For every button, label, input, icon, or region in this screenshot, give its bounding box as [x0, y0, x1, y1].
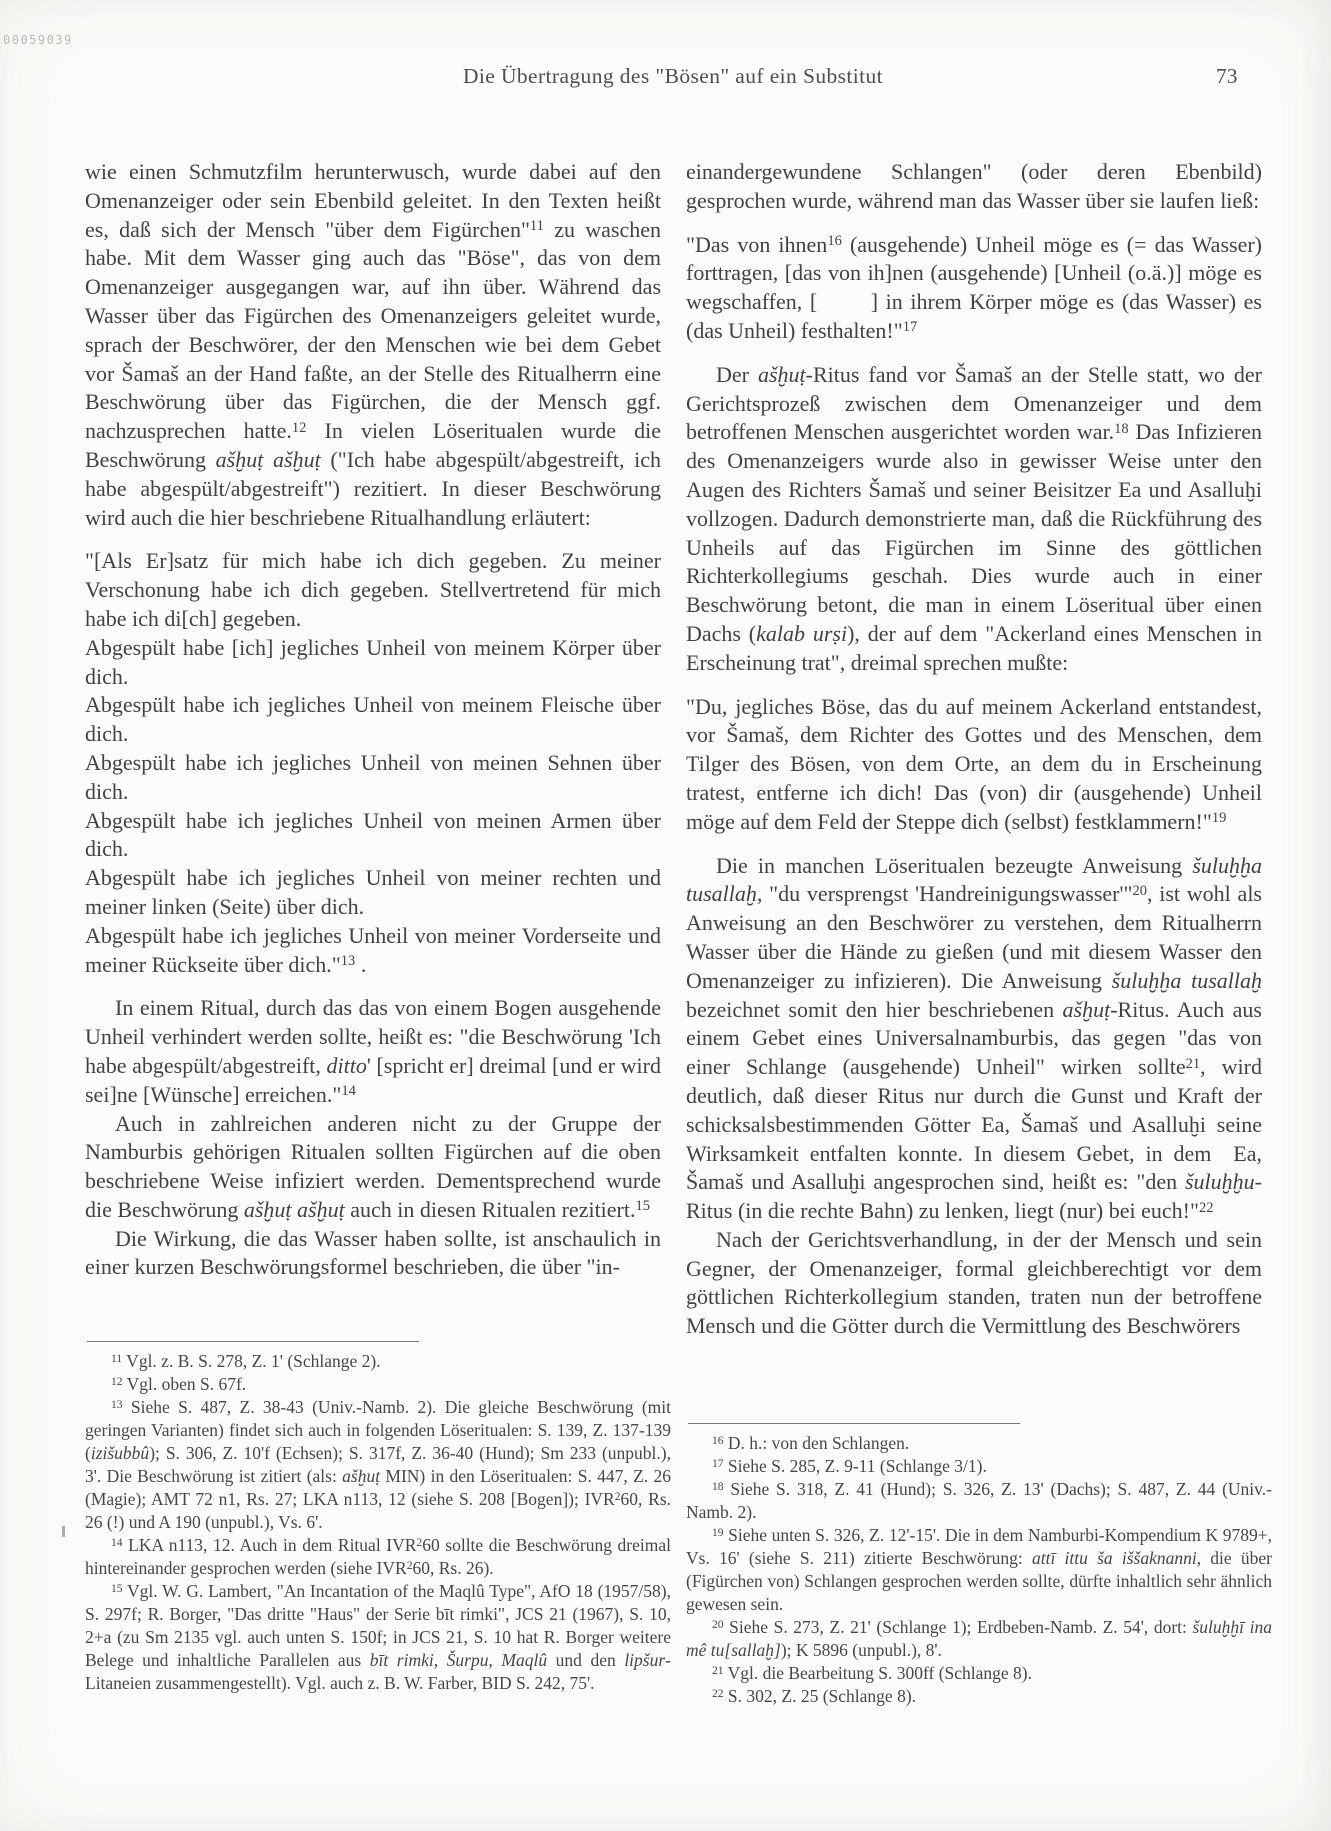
- left-column: wie einen Schmutzfilm herunterwusch, wur…: [85, 158, 661, 1282]
- paragraph: Die in manchen Löseritualen bezeugte Anw…: [686, 852, 1262, 1226]
- quote-line: "Du, jegliches Böse, das du auf meinem A…: [686, 693, 1262, 837]
- footnote-number: 15: [111, 1583, 123, 1595]
- paragraph-gap: [85, 532, 661, 547]
- footnote-17: 17 Siehe S. 285, Z. 9-11 (Schlange 3/1).: [686, 1455, 1272, 1478]
- footnote-number: 18: [712, 1481, 724, 1493]
- footnote-20: 20 Siehe S. 273, Z. 21' (Schlange 1); Er…: [686, 1616, 1272, 1662]
- footnote-15: 15 Vgl. W. G. Lambert, "An Incantation o…: [85, 1580, 671, 1695]
- footnote-19: 19 Siehe unten S. 326, Z. 12'-15'. Die i…: [686, 1524, 1272, 1616]
- paragraph: einandergewundene Schlangen" (oder deren…: [686, 158, 1262, 216]
- paragraph: Der ašḫuṭ-Ritus fand vor Šamaš an der St…: [686, 361, 1262, 678]
- quote-line: Abgespült habe ich jegliches Unheil von …: [85, 807, 661, 865]
- footnote-number: 19: [712, 1527, 724, 1539]
- page-number: 73: [1216, 64, 1238, 89]
- footnote-separator-left: [87, 1341, 419, 1342]
- right-column: einandergewundene Schlangen" (oder deren…: [686, 158, 1262, 1341]
- running-title: Die Übertragung des "Bösen" auf ein Subs…: [85, 64, 1261, 89]
- footnote-number: 11: [111, 1353, 122, 1365]
- footnote-number: 22: [712, 1688, 724, 1700]
- footnote-14: 14 LKA n113, 12. Auch in dem Ritual IVR2…: [85, 1534, 671, 1580]
- footnote-22: 22 S. 302, Z. 25 (Schlange 8).: [686, 1685, 1272, 1708]
- quote-line: "Das von ihnen16 (ausgehende) Unheil mög…: [686, 231, 1262, 346]
- footnote-separator-right: [688, 1423, 1020, 1424]
- paragraph: Die Wirkung, die das Wasser haben sollte…: [85, 1225, 661, 1283]
- paragraph: In einem Ritual, durch das das von einem…: [85, 994, 661, 1109]
- footnote-11: 11 Vgl. z. B. S. 278, Z. 1' (Schlange 2)…: [85, 1350, 671, 1373]
- footnote-number: 17: [712, 1458, 724, 1470]
- footnote-number: 12: [111, 1376, 123, 1388]
- footnote-number: 20: [712, 1619, 724, 1631]
- quote-line: Abgespült habe ich jegliches Unheil von …: [85, 864, 661, 922]
- paragraph: wie einen Schmutzfilm herunterwusch, wur…: [85, 158, 661, 532]
- paragraph-gap: [686, 837, 1262, 852]
- quote-line: Abgespült habe ich jegliches Unheil von …: [85, 691, 661, 749]
- paragraph-gap: [686, 346, 1262, 361]
- footnote-16: 16 D. h.: von den Schlangen.: [686, 1432, 1272, 1455]
- footnote-13: 13 Siehe S. 487, Z. 38-43 (Univ.-Namb. 2…: [85, 1396, 671, 1534]
- footnotes-right: 16 D. h.: von den Schlangen.17 Siehe S. …: [686, 1423, 1272, 1708]
- paragraph-gap: [85, 979, 661, 994]
- paragraph: Nach der Gerichtsverhandlung, in der der…: [686, 1226, 1262, 1341]
- footnote-18: 18 Siehe S. 318, Z. 41 (Hund); S. 326, Z…: [686, 1478, 1272, 1524]
- quote-line: "[Als Er]satz für mich habe ich dich geg…: [85, 547, 661, 633]
- footnote-number: 21: [712, 1665, 724, 1677]
- quote-line: Abgespült habe ich jegliches Unheil von …: [85, 922, 661, 980]
- quote-line: Abgespült habe ich jegliches Unheil von …: [85, 749, 661, 807]
- footnote-number: 14: [111, 1537, 123, 1549]
- footnote-number: 16: [712, 1435, 724, 1447]
- footnote-number: 13: [111, 1399, 123, 1411]
- paragraph: Auch in zahlreichen anderen nicht zu der…: [85, 1110, 661, 1225]
- footnote-list-right: 16 D. h.: von den Schlangen.17 Siehe S. …: [686, 1432, 1272, 1708]
- scan-artifact-mark: [62, 1526, 65, 1537]
- footnotes-left: 11 Vgl. z. B. S. 278, Z. 1' (Schlange 2)…: [85, 1341, 671, 1695]
- quote-line: Abgespült habe [ich] jegliches Unheil vo…: [85, 634, 661, 692]
- footnote-list-left: 11 Vgl. z. B. S. 278, Z. 1' (Schlange 2)…: [85, 1350, 671, 1695]
- scanned-page: 00059039 Die Übertragung des "Bösen" auf…: [0, 0, 1331, 1831]
- paragraph-gap: [686, 216, 1262, 231]
- scan-id-stamp: 00059039: [3, 33, 73, 47]
- footnote-12: 12 Vgl. oben S. 67f.: [85, 1373, 671, 1396]
- footnote-21: 21 Vgl. die Bearbeitung S. 300ff (Schlan…: [686, 1662, 1272, 1685]
- paragraph-gap: [686, 678, 1262, 693]
